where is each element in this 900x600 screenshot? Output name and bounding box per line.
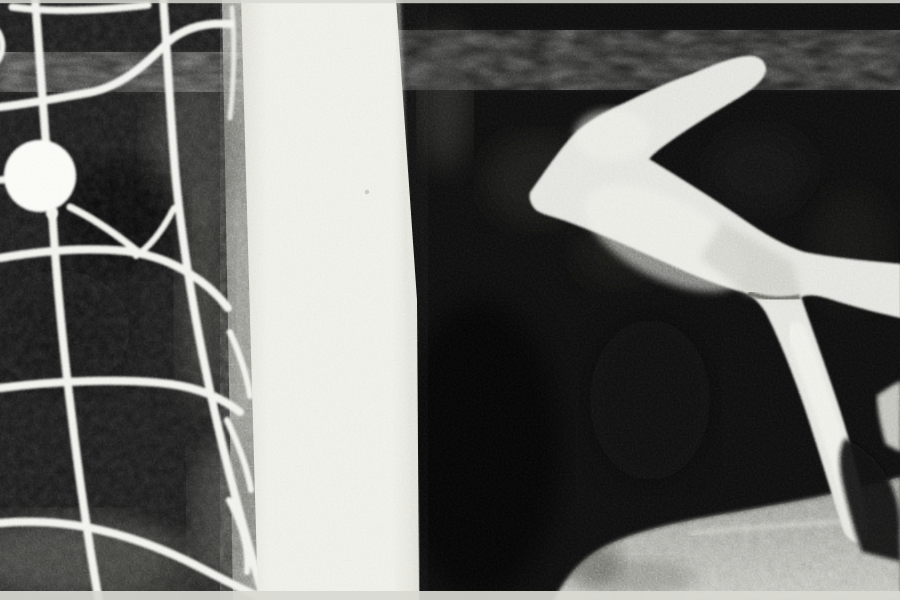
photo-canvas [0,0,900,600]
photo-border-top [0,0,900,3]
photo-border-bottom [0,591,900,600]
goalmouth-photo [0,0,900,600]
film-grain-speckle [0,0,900,600]
